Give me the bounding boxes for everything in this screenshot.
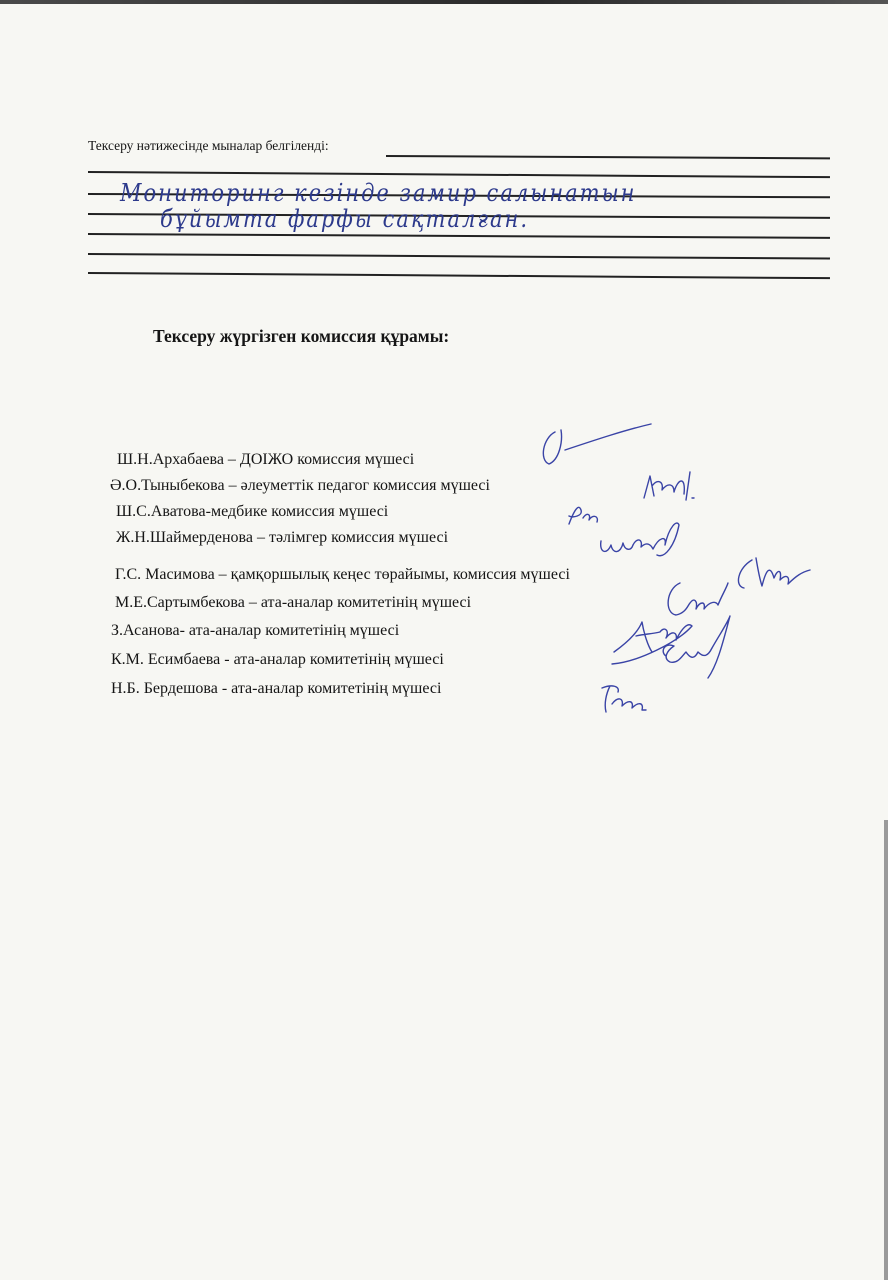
underline [88, 272, 830, 279]
member-6: М.Е.Сартымбекова – ата-аналар комитетіні… [115, 594, 471, 612]
member-5: Г.С. Масимова – қамқоршылық кеңес төрайы… [115, 566, 570, 584]
page-top-edge [0, 0, 888, 4]
signature-9 [596, 680, 656, 716]
commission-heading: Тексеру жүргізген комиссия құрамы: [153, 326, 449, 347]
member-2: Ә.О.Тыныбекова – әлеуметтік педагог коми… [110, 477, 490, 495]
signature-7-8 [608, 612, 743, 687]
member-4: Ж.Н.Шаймерденова – тәлімгер комиссия мүш… [116, 529, 448, 547]
signature-2 [638, 468, 708, 504]
signature-4 [595, 515, 685, 560]
member-7: З.Асанова- ата-аналар комитетінің мүшесі [111, 622, 399, 640]
handwritten-finding-line-1: Мониторинг кезінде замир салынатын [120, 179, 637, 207]
member-1: Ш.Н.Архабаева – ДОІЖО комиссия мүшесі [117, 451, 414, 469]
signature-1 [535, 420, 655, 470]
handwritten-finding-line-2: бұйымта фарфы сақталған. [160, 205, 529, 233]
underline [88, 233, 830, 238]
member-3: Ш.С.Аватова-медбике комиссия мүшесі [116, 503, 388, 521]
underline [386, 155, 830, 159]
underline [88, 253, 830, 259]
signature-5 [730, 550, 815, 592]
page-right-edge [884, 820, 888, 1280]
member-8: К.М. Есимбаева - ата-аналар комитетінің … [111, 651, 444, 669]
underline [88, 171, 830, 178]
intro-label: Тексеру нәтижесінде мыналар белгіленді: [88, 138, 329, 154]
member-9: Н.Б. Бердешова - ата-аналар комитетінің … [111, 680, 441, 698]
